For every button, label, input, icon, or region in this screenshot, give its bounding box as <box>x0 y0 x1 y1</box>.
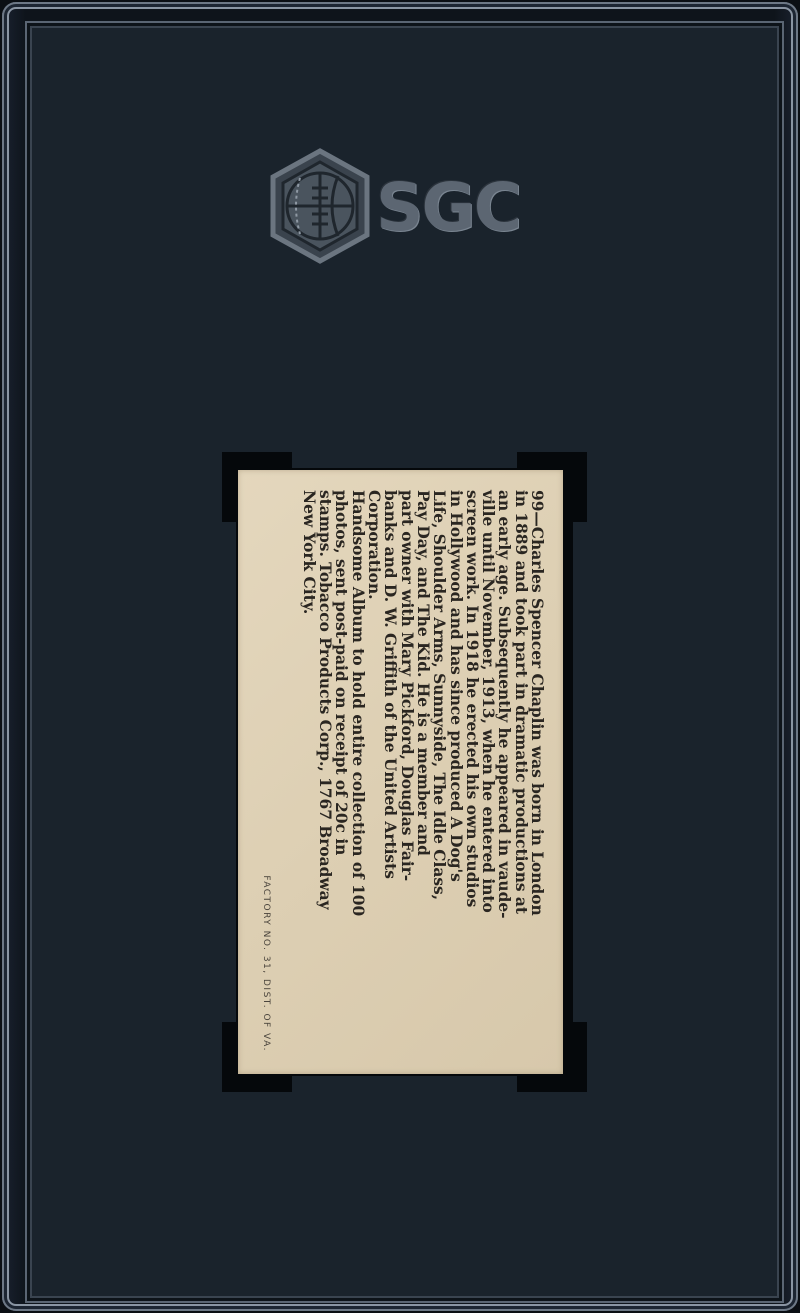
holder-notch-bottom <box>292 1076 517 1092</box>
holder-notch-right <box>573 522 587 1022</box>
card-line: Life, Shoulder Arms, Sunnyside, The Idle… <box>430 490 446 1055</box>
card-line: New York City. <box>300 490 316 1055</box>
card-line: in Hollywood and has since produced A Do… <box>447 490 463 1055</box>
card-line: Corporation. <box>365 490 381 1055</box>
card-line: screen work. In 1918 he erected his own … <box>463 490 479 1055</box>
card-biography: 99—Charles Spencer Chaplin was born in L… <box>300 490 544 1055</box>
card-line: 99—Charles Spencer Chaplin was born in L… <box>528 490 544 1055</box>
card-text-block: 99—Charles Spencer Chaplin was born in L… <box>251 482 551 1062</box>
card-line: banks and D. W. Griffith of the United A… <box>382 490 398 1055</box>
sports-ball-hexagon-icon <box>268 148 372 264</box>
sgc-logo: SGC <box>268 148 553 266</box>
holder-notch-top <box>292 452 517 468</box>
card-line: Pay Day, and The Kid. He is a member and <box>414 490 430 1055</box>
trading-card-back: 99—Charles Spencer Chaplin was born in L… <box>238 470 563 1074</box>
holder-notch-left <box>222 522 236 1022</box>
card-line: ville until November, 1913, when he ente… <box>479 490 495 1055</box>
card-line: an early age. Subsequently he appeared i… <box>496 490 512 1055</box>
card-line: Handsome Album to hold entire collection… <box>349 490 365 1055</box>
card-line: photos, sent post-paid on receipt of 20c… <box>333 490 349 1055</box>
sgc-wordmark: SGC <box>376 168 520 248</box>
factory-footer: FACTORY NO. 31, DIST. OF VA. <box>261 875 271 1052</box>
card-line: part owner with Mary Pickford, Douglas F… <box>398 490 414 1055</box>
card-line: in 1889 and took part in dramatic produc… <box>512 490 528 1055</box>
card-line: stamps. Tobacco Products Corp., 1767 Bro… <box>316 490 332 1055</box>
